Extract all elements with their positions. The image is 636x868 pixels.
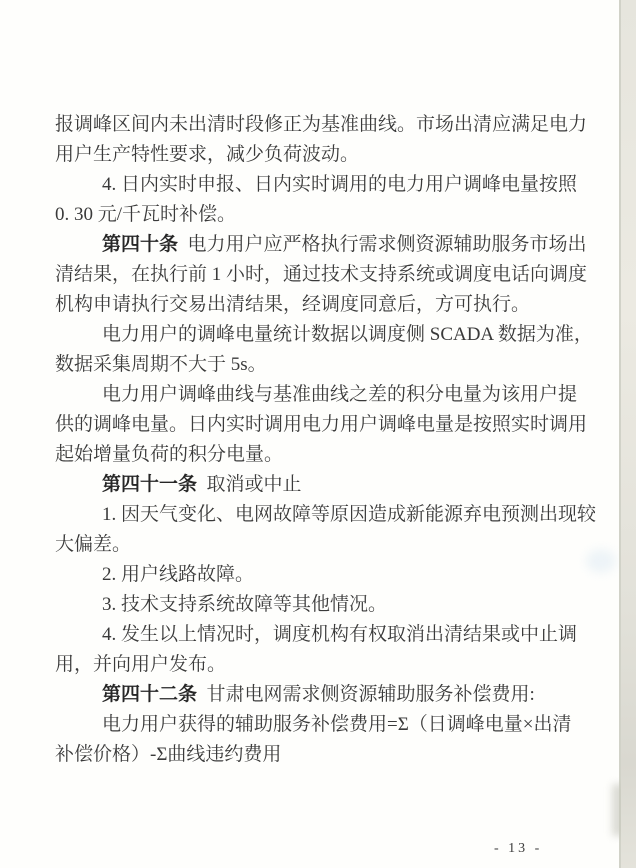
text-line: 4. 发生以上情况时，调度机构有权取消出清结果或中止调	[55, 620, 595, 650]
article-text: 电力用户应严格执行需求侧资源辅助服务市场出	[178, 234, 587, 255]
text-line: 用户生产特性要求，减少负荷波动。	[55, 140, 595, 170]
formula-line: 补偿价格）-Σ曲线违约费用	[55, 740, 595, 770]
text-line: 1. 因天气变化、电网故障等原因造成新能源弃电预测出现较	[55, 500, 595, 530]
article-text: 取消或中止	[197, 474, 302, 495]
article-heading-line-41: 第四十一条 取消或中止	[55, 470, 595, 500]
article-heading-line-42: 第四十二条 甘肃电网需求侧资源辅助服务补偿费用:	[55, 680, 595, 710]
article-number: 第四十一条	[102, 474, 197, 495]
text-line: 用，并向用户发布。	[55, 650, 595, 680]
text-line: 大偏差。	[55, 530, 595, 560]
formula-line: 电力用户获得的辅助服务补偿费用=Σ（日调峰电量×出清	[55, 710, 595, 740]
paper-edge-strip	[621, 0, 636, 868]
scan-smudge	[586, 549, 616, 573]
text-line: 起始增量负荷的积分电量。	[55, 440, 595, 470]
article-number: 第四十二条	[102, 684, 197, 705]
text-line: 供的调峰电量。日内实时调用电力用户调峰电量是按照实时调用	[55, 410, 595, 440]
article-number: 第四十条	[102, 234, 178, 255]
text-line: 2. 用户线路故障。	[55, 560, 595, 590]
text-line: 0. 30 元/千瓦时补偿。	[55, 200, 595, 230]
text-line: 4. 日内实时申报、日内实时调用的电力用户调峰电量按照	[55, 170, 595, 200]
text-line: 报调峰区间内未出清时段修正为基准曲线。市场出清应满足电力	[55, 110, 595, 140]
document-page: 报调峰区间内未出清时段修正为基准曲线。市场出清应满足电力 用户生产特性要求，减少…	[0, 0, 636, 868]
document-body: 报调峰区间内未出清时段修正为基准曲线。市场出清应满足电力 用户生产特性要求，减少…	[55, 110, 595, 770]
text-line: 清结果，在执行前 1 小时，通过技术支持系统或调度电话向调度	[55, 260, 595, 290]
article-text: 甘肃电网需求侧资源辅助服务补偿费用:	[197, 684, 535, 705]
page-number: - 13 -	[494, 841, 542, 857]
article-heading-line-40: 第四十条 电力用户应严格执行需求侧资源辅助服务市场出	[55, 230, 595, 260]
text-line: 3. 技术支持系统故障等其他情况。	[55, 590, 595, 620]
text-line: 数据采集周期不大于 5s。	[55, 350, 595, 380]
text-line: 电力用户的调峰电量统计数据以调度侧 SCADA 数据为准，	[55, 320, 595, 350]
text-line: 机构申请执行交易出清结果，经调度同意后，方可执行。	[55, 290, 595, 320]
text-line: 电力用户调峰曲线与基准曲线之差的积分电量为该用户提	[55, 380, 595, 410]
